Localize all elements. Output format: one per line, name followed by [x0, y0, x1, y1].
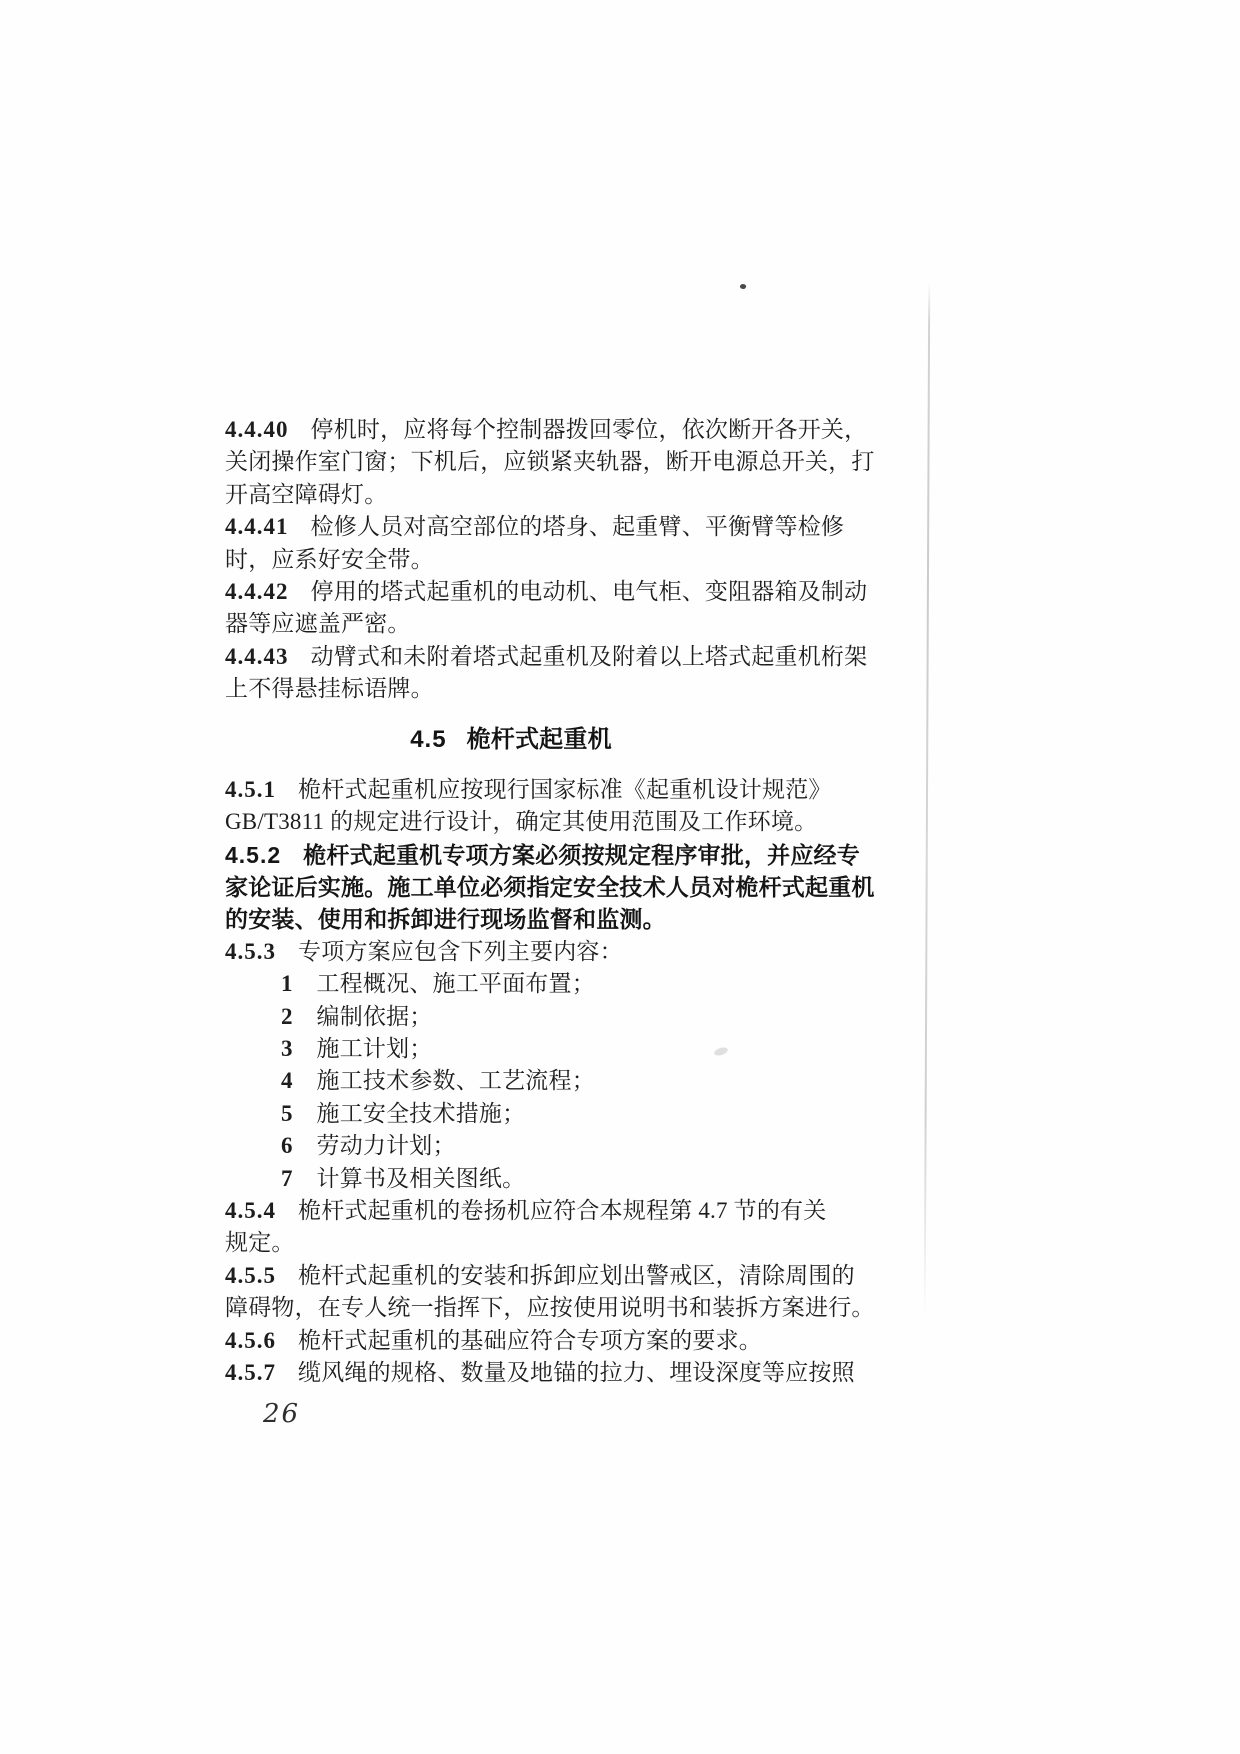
line-text: 桅杆式起重机应按现行国家标准《起重机设计规范》 — [298, 777, 832, 802]
clause-number: 4.5.4 — [225, 1198, 276, 1223]
text-line: 上不得悬挂标语牌。 — [225, 673, 877, 705]
line-text: 上不得悬挂标语牌。 — [225, 676, 434, 701]
clause-number: 4.4.41 — [225, 514, 289, 539]
line-text: 缆风绳的规格、数量及地锚的拉力、埋设深度等应按照 — [298, 1360, 855, 1385]
clause-number: 4.5.1 — [225, 777, 276, 802]
text-line: 规定。 — [225, 1227, 877, 1259]
section-number: 4.5 — [410, 726, 446, 753]
line-text: 专项方案应包含下列主要内容： — [298, 939, 623, 964]
line-text: 施工计划； — [317, 1036, 433, 1061]
line-text: 计算书及相关图纸。 — [317, 1166, 526, 1191]
text-block: 4.4.40停机时，应将每个控制器拨回零位，依次断开各开关，关闭操作室门窗；下机… — [225, 414, 877, 1389]
section-title: 桅杆式起重机 — [467, 726, 612, 753]
line-text: GB/T3811 的规定进行设计，确定其使用范围及工作环境。 — [225, 809, 817, 834]
text-line: GB/T3811 的规定进行设计，确定其使用范围及工作环境。 — [225, 806, 877, 838]
clause-number: 4.4.40 — [225, 417, 289, 442]
text-line: 4.4.41检修人员对高空部位的塔身、起重臂、平衡臂等检修 — [225, 511, 877, 543]
line-text: 的安装、使用和拆卸进行现场监督和监测。 — [225, 906, 666, 932]
line-text: 施工安全技术措施； — [317, 1101, 526, 1126]
line-text: 时，应系好安全带。 — [225, 547, 434, 572]
line-text: 开高空障碍灯。 — [225, 482, 387, 507]
line-text: 规定。 — [225, 1230, 295, 1255]
text-line: 4.5.2桅杆式起重机专项方案必须按规定程序审批，并应经专 — [225, 839, 877, 871]
list-item: 5施工安全技术措施； — [225, 1098, 877, 1130]
line-text: 劳动力计划； — [317, 1133, 456, 1158]
clause-number: 4.4.42 — [225, 579, 289, 604]
list-item: 4施工技术参数、工艺流程； — [225, 1065, 877, 1097]
line-text: 停用的塔式起重机的电动机、电气柜、变阻器箱及制动 — [311, 579, 868, 604]
line-text: 桅杆式起重机的基础应符合专项方案的要求。 — [298, 1328, 762, 1353]
text-line: 的安装、使用和拆卸进行现场监督和监测。 — [225, 903, 877, 935]
clause-number: 4.5.6 — [225, 1328, 276, 1353]
text-line: 关闭操作室门窗；下机后，应锁紧夹轨器，断开电源总开关，打 — [225, 446, 877, 478]
item-number: 7 — [281, 1166, 293, 1191]
clause-number: 4.5.3 — [225, 939, 276, 964]
line-text: 编制依据； — [317, 1004, 433, 1029]
text-line: 器等应遮盖严密。 — [225, 608, 877, 640]
line-text: 检修人员对高空部位的塔身、起重臂、平衡臂等检修 — [311, 514, 845, 539]
line-text: 关闭操作室门窗；下机后，应锁紧夹轨器，断开电源总开关，打 — [225, 449, 875, 474]
page-number: 26 — [263, 1399, 300, 1429]
list-item: 1工程概况、施工平面布置； — [225, 968, 877, 1000]
item-number: 4 — [281, 1068, 293, 1093]
line-text: 桅杆式起重机的卷扬机应符合本规程第 4.7 节的有关 — [298, 1198, 826, 1223]
item-number: 2 — [281, 1004, 293, 1029]
scan-artifact-speck — [739, 283, 746, 290]
document-page: 4.4.40停机时，应将每个控制器拨回零位，依次断开各开关，关闭操作室门窗；下机… — [0, 0, 1240, 1754]
line-text: 器等应遮盖严密。 — [225, 611, 411, 636]
line-text: 动臂式和未附着塔式起重机及附着以上塔式起重机桁架 — [311, 644, 868, 669]
list-item: 3施工计划； — [225, 1033, 877, 1065]
text-line: 时，应系好安全带。 — [225, 544, 877, 576]
text-line: 4.5.5桅杆式起重机的安装和拆卸应划出警戒区，清除周围的 — [225, 1260, 877, 1292]
clause-number: 4.4.43 — [225, 644, 289, 669]
item-number: 1 — [281, 971, 293, 996]
text-line: 家论证后实施。施工单位必须指定安全技术人员对桅杆式起重机 — [225, 871, 877, 903]
item-number: 3 — [281, 1036, 293, 1061]
text-line: 4.4.42停用的塔式起重机的电动机、电气柜、变阻器箱及制动 — [225, 576, 877, 608]
clause-number: 4.5.2 — [225, 842, 281, 868]
text-line: 4.5.4桅杆式起重机的卷扬机应符合本规程第 4.7 节的有关 — [225, 1195, 877, 1227]
item-number: 6 — [281, 1133, 293, 1158]
line-text: 桅杆式起重机专项方案必须按规定程序审批，并应经专 — [303, 842, 860, 868]
line-text: 施工技术参数、工艺流程； — [317, 1068, 595, 1093]
line-text: 工程概况、施工平面布置； — [317, 971, 595, 996]
text-line: 4.4.40停机时，应将每个控制器拨回零位，依次断开各开关， — [225, 414, 877, 446]
item-number: 5 — [281, 1101, 293, 1126]
text-line: 4.5.6桅杆式起重机的基础应符合专项方案的要求。 — [225, 1325, 877, 1357]
line-text: 停机时，应将每个控制器拨回零位，依次断开各开关， — [311, 417, 868, 442]
text-line: 障碍物，在专人统一指挥下，应按使用说明书和装拆方案进行。 — [225, 1292, 877, 1324]
list-item: 6劳动力计划； — [225, 1130, 877, 1162]
scan-artifact-vertical-line — [924, 282, 931, 1318]
section-heading: 4.5桅杆式起重机 — [225, 724, 797, 756]
text-line: 开高空障碍灯。 — [225, 479, 877, 511]
list-item: 2编制依据； — [225, 1001, 877, 1033]
line-text: 家论证后实施。施工单位必须指定安全技术人员对桅杆式起重机 — [225, 874, 875, 900]
text-line: 4.5.7缆风绳的规格、数量及地锚的拉力、埋设深度等应按照 — [225, 1357, 877, 1389]
text-line: 4.5.3专项方案应包含下列主要内容： — [225, 936, 877, 968]
text-line: 4.4.43动臂式和未附着塔式起重机及附着以上塔式起重机桁架 — [225, 641, 877, 673]
text-line: 4.5.1桅杆式起重机应按现行国家标准《起重机设计规范》 — [225, 774, 877, 806]
clause-number: 4.5.7 — [225, 1360, 276, 1385]
line-text: 障碍物，在专人统一指挥下，应按使用说明书和装拆方案进行。 — [225, 1295, 875, 1320]
line-text: 桅杆式起重机的安装和拆卸应划出警戒区，清除周围的 — [298, 1263, 855, 1288]
list-item: 7计算书及相关图纸。 — [225, 1163, 877, 1195]
clause-number: 4.5.5 — [225, 1263, 276, 1288]
